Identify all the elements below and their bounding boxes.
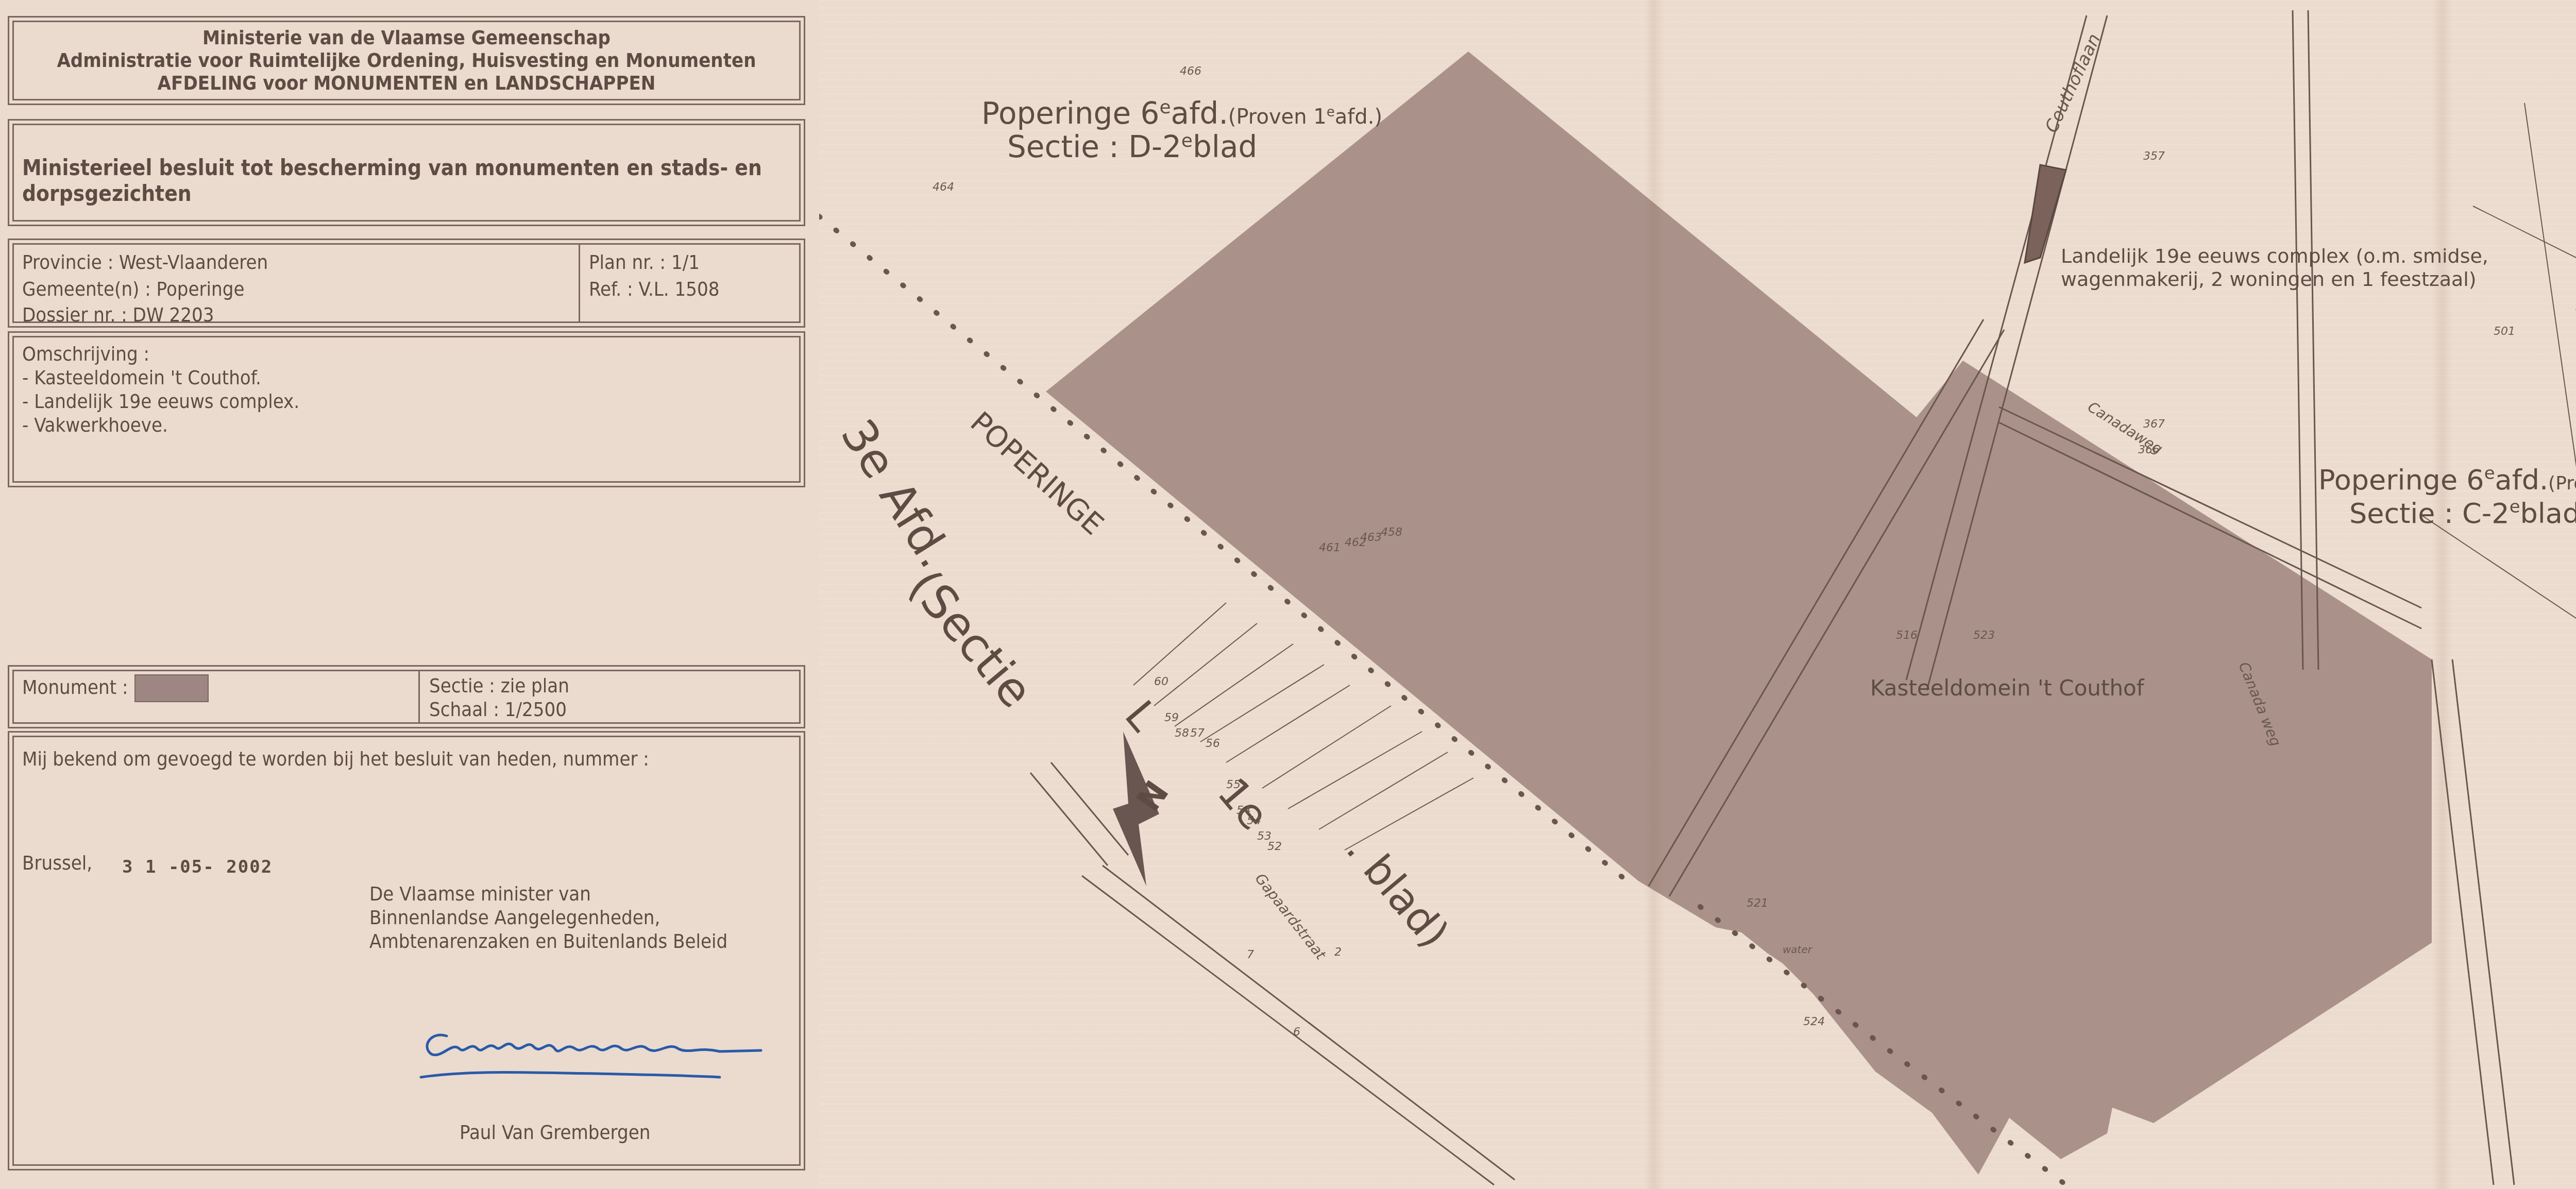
signature-box: Mij bekend om gevoegd te worden bij het …	[12, 736, 801, 1166]
fold-line	[1643, 0, 1664, 1189]
label-castle-domain: Kasteeldomein 't Couthof	[1870, 675, 2145, 701]
svg-text:463: 463	[1360, 531, 1382, 544]
section-label-d2: Poperinge 6eafd.(Proven 1eafd.) Sectie :…	[981, 96, 1382, 164]
svg-text:366: 366	[2138, 444, 2160, 456]
minister-title-line3: Ambtenarenzaken en Buitenlands Beleid	[369, 930, 727, 953]
label-3e-afd: 3e Afd.	[830, 410, 962, 577]
monument-legend: Monument :	[22, 674, 209, 702]
svg-text:2: 2	[1334, 946, 1342, 959]
dossier-number: Dossier nr. : DW 2203	[22, 303, 214, 326]
description-title: Omschrijving :	[22, 343, 149, 365]
monument-label: Monument :	[22, 676, 128, 699]
plan-sheet: Ministerie van de Vlaamse Gemeenschap Ad…	[0, 0, 2576, 1189]
svg-text:521: 521	[1747, 897, 1768, 910]
svg-text:7: 7	[1247, 948, 1254, 961]
statement: Mij bekend om gevoegd te worden bij het …	[22, 748, 649, 770]
svg-text:6: 6	[1293, 1026, 1300, 1039]
divider	[579, 245, 580, 321]
water-label: water	[1783, 943, 1813, 956]
scale: Schaal : 1/2500	[429, 698, 567, 721]
decree-title-line2: dorpsgezichten	[22, 181, 192, 206]
description-item: - Landelijk 19e eeuws complex.	[22, 390, 299, 413]
monument-swatch	[134, 674, 209, 702]
label-sectie: (Sectie	[898, 560, 1043, 718]
svg-text:52: 52	[1267, 840, 1282, 853]
handwritten-signature	[411, 1026, 771, 1093]
department-name: AFDELING voor MONUMENTEN en LANDSCHAPPEN	[14, 72, 799, 94]
svg-text:60: 60	[1154, 675, 1168, 688]
plan-number: Plan nr. : 1/1	[589, 251, 700, 274]
svg-text:Sectie : C-2eblad: Sectie : C-2eblad	[2349, 497, 2576, 530]
svg-text:56: 56	[1206, 737, 1220, 750]
svg-text:58: 58	[1175, 727, 1189, 740]
date-stamp: 3 1 -05- 2002	[122, 857, 273, 877]
svg-text:57: 57	[1190, 727, 1205, 740]
svg-text:59: 59	[1164, 711, 1179, 724]
minister-title-line1: De Vlaamse minister van	[369, 882, 591, 905]
svg-text:367: 367	[2143, 418, 2165, 431]
province: Provincie : West-Vlaanderen	[22, 251, 268, 274]
label-rural-complex-1: Landelijk 19e eeuws complex (o.m. smidse…	[2061, 245, 2488, 267]
administration-name: Administratie voor Ruimtelijke Ordening,…	[14, 49, 799, 72]
decree-title-line1: Ministerieel besluit tot bescherming van…	[22, 155, 762, 180]
protected-area-castle	[1046, 52, 2432, 1175]
description-item: - Vakwerkhoeve.	[22, 414, 168, 436]
cadastral-map: N Z Poperinge 6eafd.(Proven 1eafd.) Sect…	[819, 0, 2576, 1189]
street-couthoflaan: Couthoflaan	[2041, 30, 2105, 135]
section-note: Sectie : zie plan	[429, 674, 569, 697]
label-rural-complex-2: wagenmakerij, 2 woningen en 1 feestzaal)	[2061, 268, 2477, 291]
street-gapaardstraat: Gapaardstraat	[1251, 870, 1329, 963]
svg-text:357: 357	[2143, 150, 2165, 163]
divider	[418, 671, 420, 722]
description-box: Omschrijving : - Kasteeldomein 't Coutho…	[12, 336, 801, 483]
svg-text:55: 55	[1226, 778, 1241, 791]
svg-text:466: 466	[1180, 65, 1201, 78]
map-drawing: N Z Poperinge 6eafd.(Proven 1eafd.) Sect…	[819, 0, 2576, 1189]
reference: Ref. : V.L. 1508	[589, 278, 720, 300]
svg-text:Sectie : D-2eblad: Sectie : D-2eblad	[1007, 129, 1257, 164]
ministry-header-box: Ministerie van de Vlaamse Gemeenschap Ad…	[12, 21, 801, 100]
svg-text:Poperinge 6eafd.(Proven 1eafd.: Poperinge 6eafd.(Proven 1eafd.)	[981, 96, 1382, 131]
municipality: Gemeente(n) : Poperinge	[22, 278, 245, 300]
svg-text:523: 523	[1973, 629, 1995, 642]
north-arrow-left: N	[1113, 732, 1177, 886]
svg-text:501: 501	[2494, 325, 2515, 338]
minister-title-line2: Binnenlandse Aangelegenheden,	[369, 906, 660, 929]
label-blad: . blad)	[1337, 825, 1458, 957]
place: Brussel,	[22, 852, 92, 874]
svg-text:461: 461	[1319, 541, 1341, 554]
location-info-box: Provincie : West-Vlaanderen Gemeente(n) …	[12, 243, 801, 323]
legend-panel: Ministerie van de Vlaamse Gemeenschap Ad…	[0, 0, 819, 1189]
decree-title-box: Ministerieel besluit tot bescherming van…	[12, 124, 801, 222]
svg-text:54: 54	[1247, 814, 1261, 827]
signatory-name: Paul Van Grembergen	[460, 1121, 650, 1144]
svg-text:464: 464	[933, 181, 954, 194]
monument-legend-box: Monument : Sectie : zie plan Schaal : 1/…	[12, 670, 801, 724]
svg-text:516: 516	[1896, 629, 1918, 642]
description-item: - Kasteeldomein 't Couthof.	[22, 366, 261, 389]
ministry-name: Ministerie van de Vlaamse Gemeenschap	[14, 26, 799, 49]
svg-text:524: 524	[1803, 1015, 1825, 1028]
fold-line	[2432, 0, 2452, 1189]
svg-text:458: 458	[1381, 526, 1402, 539]
